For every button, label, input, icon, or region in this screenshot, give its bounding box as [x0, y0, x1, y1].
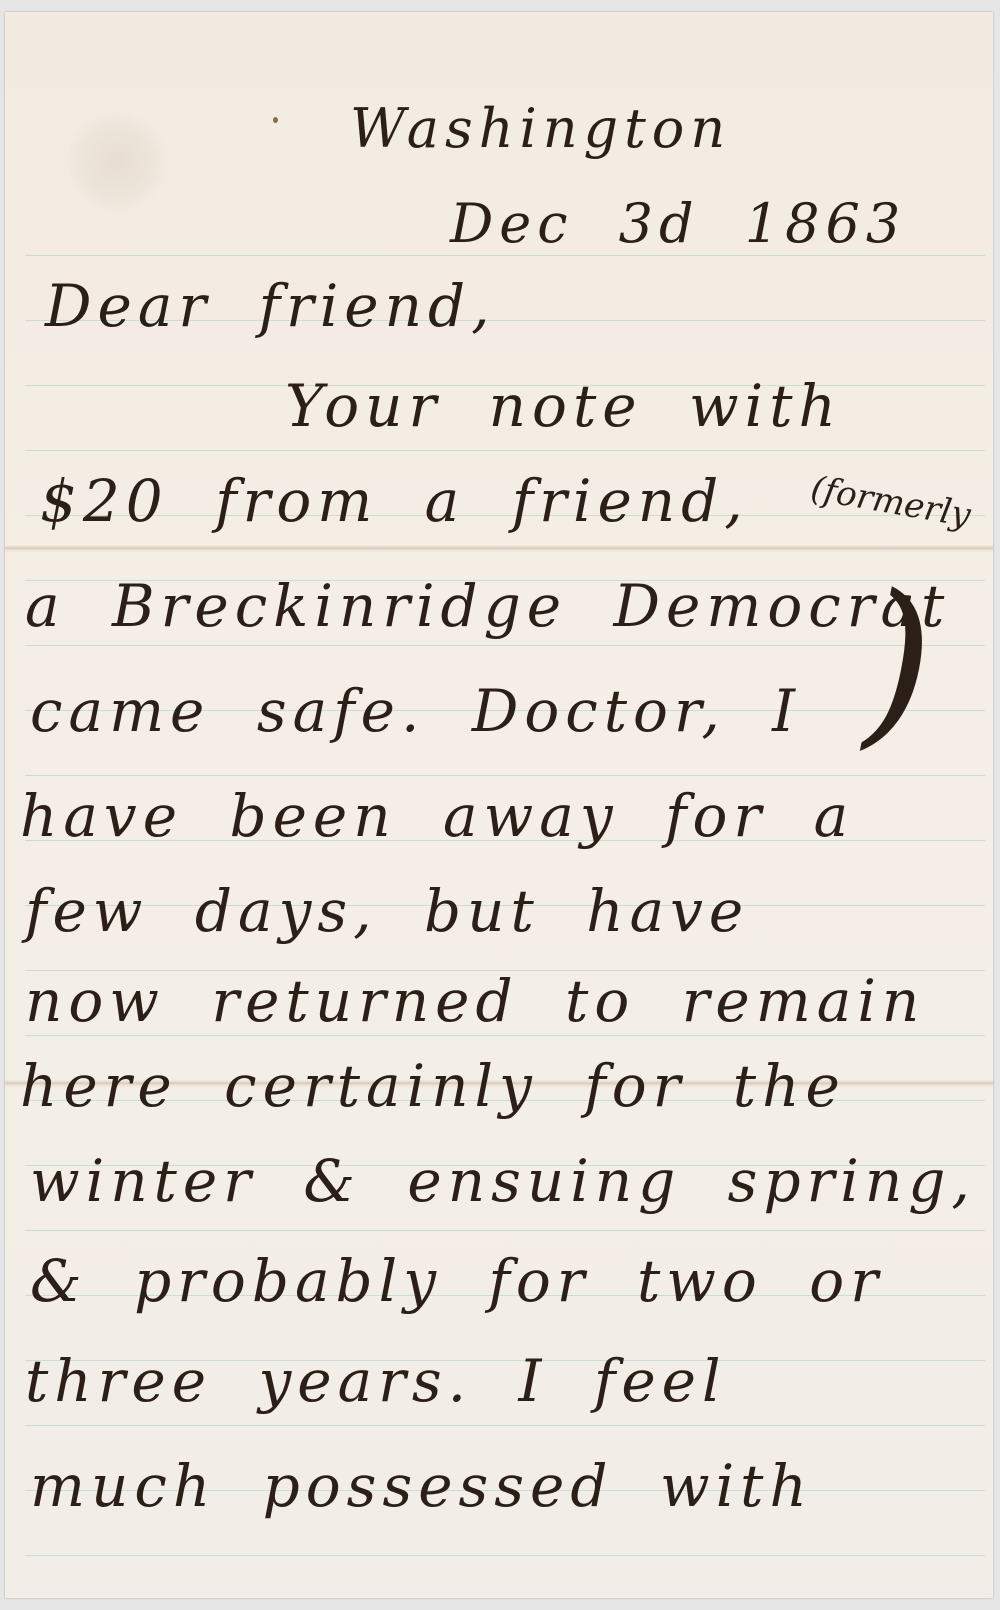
embossed-seal-mark [67, 112, 167, 212]
salutation: Dear friend, [45, 272, 496, 340]
ruled-line [25, 1035, 985, 1036]
ruled-line [25, 775, 985, 776]
body-line-10: & probably for two or [30, 1247, 884, 1315]
letter-paper: Washington Dec 3d 1863 Dear friend, Your… [5, 12, 993, 1598]
body-line-11: three years. I feel [25, 1347, 727, 1415]
ruled-line [25, 645, 985, 646]
ruled-line [25, 1555, 985, 1556]
ruled-line [25, 450, 985, 451]
body-line-4: came safe. Doctor, I [30, 677, 801, 745]
ruled-line [25, 1425, 985, 1426]
body-line-8: here certainly for the [20, 1052, 846, 1120]
place-line: Washington [350, 97, 731, 160]
fold-crease [5, 545, 993, 553]
marginal-insert: (formerly [808, 468, 974, 535]
ink-speck [273, 117, 278, 123]
ruled-line [25, 1230, 985, 1231]
body-line-1: Your note with [285, 372, 842, 440]
body-line-3: a Breckinridge Democrat [25, 572, 950, 640]
body-line-7: now returned to remain [25, 967, 925, 1035]
body-line-6: few days, but have [25, 877, 749, 945]
body-line-9: winter & ensuing spring, [30, 1147, 976, 1215]
closing-parenthesis: ) [863, 572, 933, 752]
body-line-2: $20 from a friend, [40, 467, 749, 535]
body-line-12: much possessed with [30, 1452, 813, 1520]
date-line: Dec 3d 1863 [450, 192, 906, 255]
body-line-5: have been away for a [20, 782, 854, 850]
ruled-line [25, 255, 985, 256]
